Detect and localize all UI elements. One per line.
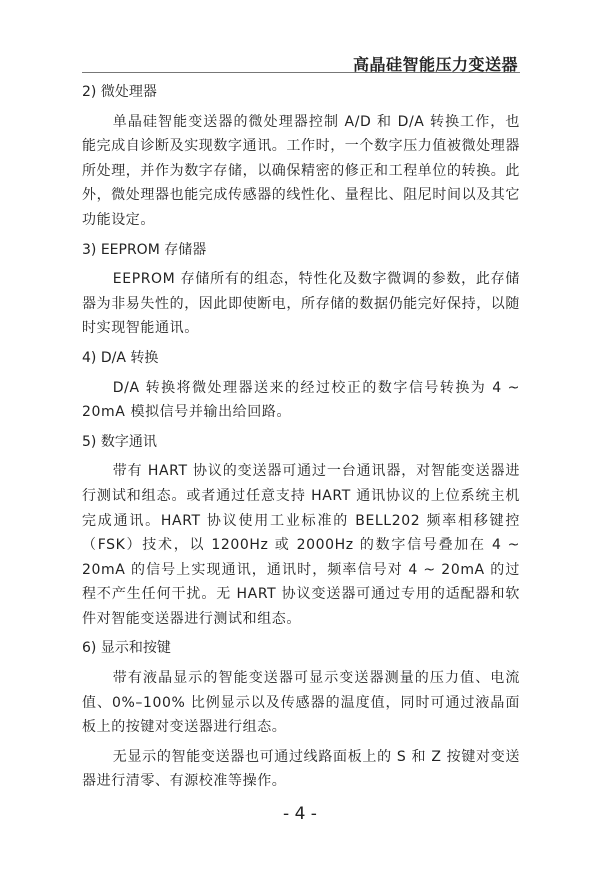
paragraph: 带有液晶显示的智能变送器可显示变送器测量的压力值、电流值、0%–100% 比例显… [82,666,520,740]
section-microprocessor: 2) 微处理器 单晶硅智能变送器的微处理器控制 A/D 和 D/A 转换工作，也… [82,80,520,233]
section-da-conversion: 4) D/A 转换 D/A 转换将微处理器送来的经过校正的数字信号转换为 4 ~… [82,346,520,425]
document-body: 2) 微处理器 单晶硅智能变送器的微处理器控制 A/D 和 D/A 转换工作，也… [82,80,520,799]
paragraph: 单晶硅智能变送器的微处理器控制 A/D 和 D/A 转换工作，也能完成自诊断及实… [82,110,520,233]
section-heading: 6) 显示和按键 [82,636,520,661]
section-heading: 3) EEPROM 存储器 [82,238,520,263]
paragraph: 带有 HART 协议的变送器可通过一台通讯器，对智能变送器进行测试和组态。或者通… [82,459,520,631]
paragraph: D/A 转换将微处理器送来的经过校正的数字信号转换为 4 ~ 20mA 模拟信号… [82,376,520,425]
section-eeprom: 3) EEPROM 存储器 EEPROM 存储所有的组态，特性化及数字微调的参数… [82,238,520,341]
section-display-keys: 6) 显示和按键 带有液晶显示的智能变送器可显示变送器测量的压力值、电流值、0%… [82,636,520,794]
paragraph: 无显示的智能变送器也可通过线路面板上的 S 和 Z 按键对变送器进行清零、有源校… [82,745,520,794]
section-heading: 2) 微处理器 [82,80,520,105]
section-heading: 5) 数字通讯 [82,430,520,455]
section-heading: 4) D/A 转换 [82,346,520,371]
page-number: - 4 - [0,804,600,824]
paragraph: EEPROM 存储所有的组态，特性化及数字微调的参数，此存储器为非易失性的，因此… [82,267,520,341]
header-divider [82,72,520,73]
section-digital-communication: 5) 数字通讯 带有 HART 协议的变送器可通过一台通讯器，对智能变送器进行测… [82,430,520,632]
